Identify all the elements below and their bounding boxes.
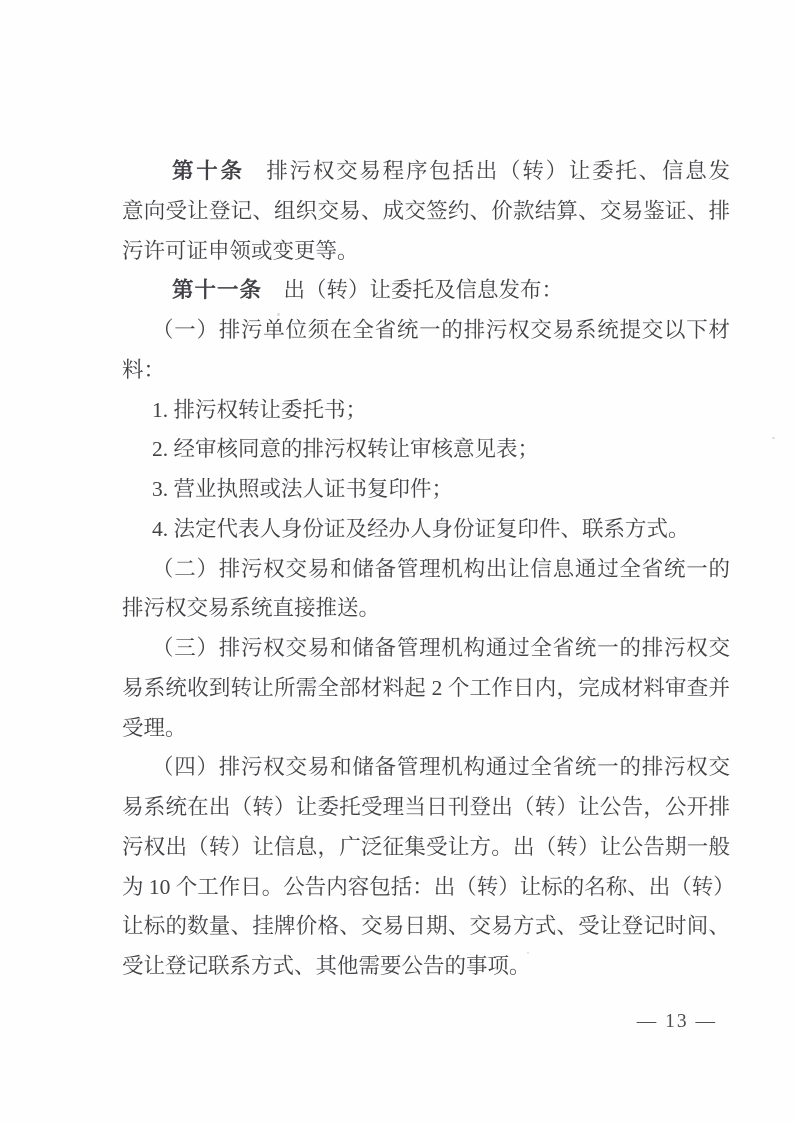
document-text-line: 意向受让登记、组织交易、成交签约、价款结算、交易鉴证、排 [122, 192, 730, 232]
document-text-line: 3. 营业执照或法人证书复印件； [122, 470, 730, 510]
document-text-line: 易系统收到转让所需全部材料起 2 个工作日内，完成材料审查并 [122, 669, 730, 709]
document-text-line: 料： [122, 351, 730, 391]
document-text-line: （三）排污权交易和储备管理机构通过全省统一的排污权交 [122, 629, 730, 669]
document-text-line: 让标的数量、挂牌价格、交易日期、交易方式、受让登记时间、 [122, 907, 730, 947]
page-footer: — 13 — [637, 1008, 717, 1036]
document-text-line: 为 10 个工作日。公告内容包括：出（转）让标的名称、出（转） [122, 868, 730, 908]
article-number: 第十一条 [172, 278, 262, 302]
document-text-line: 易系统在出（转）让委托受理当日刊登出（转）让公告，公开排 [122, 788, 730, 828]
document-text-line: 第十条排污权交易程序包括出（转）让委托、信息发布、 [122, 152, 730, 192]
document-text-line: 受理。 [122, 709, 730, 749]
document-page: 第十条排污权交易程序包括出（转）让委托、信息发布、意向受让登记、组织交易、成交签… [0, 0, 794, 1122]
scan-speck [277, 313, 280, 316]
document-text-line: 第十一条出（转）让委托及信息发布： [122, 271, 730, 311]
scan-speck [527, 952, 529, 954]
article-number: 第十条 [172, 159, 245, 183]
document-text-line: （二）排污权交易和储备管理机构出让信息通过全省统一的 [122, 550, 730, 590]
document-text-line: （四）排污权交易和储备管理机构通过全省统一的排污权交 [122, 748, 730, 788]
document-text-line: 受让登记联系方式、其他需要公告的事项。 [122, 947, 730, 987]
document-body: 第十条排污权交易程序包括出（转）让委托、信息发布、意向受让登记、组织交易、成交签… [122, 152, 730, 987]
document-text-line: 2. 经审核同意的排污权转让审核意见表； [122, 430, 730, 470]
document-text-line: 1. 排污权转让委托书； [122, 391, 730, 431]
document-text-line: 排污权交易系统直接推送。 [122, 589, 730, 629]
document-text-line: 污许可证申领或变更等。 [122, 232, 730, 272]
scan-speck [218, 524, 220, 526]
document-text-line: 污权出（转）让信息，广泛征集受让方。出（转）让公告期一般 [122, 828, 730, 868]
page-number: — 13 — [637, 1011, 717, 1032]
document-text-line: 4. 法定代表人身份证及经办人身份证复印件、联系方式。 [122, 510, 730, 550]
document-text-line: （一）排污单位须在全省统一的排污权交易系统提交以下材 [122, 311, 730, 351]
scan-speck [178, 957, 180, 959]
scan-speck [772, 437, 775, 439]
